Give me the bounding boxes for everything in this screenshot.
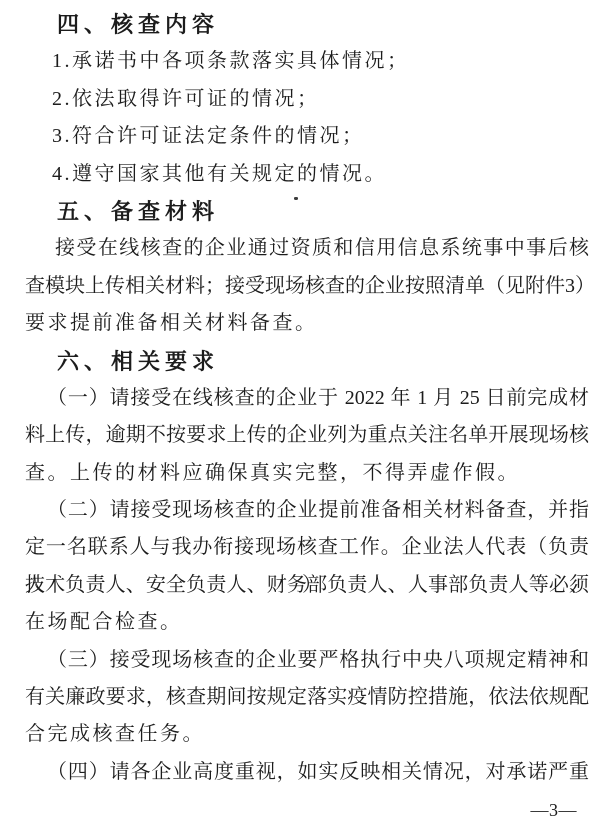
list-item-4: 4.遵守国家其他有关规定的情况。: [25, 156, 589, 193]
document-page: 四、核查内容 1.承诺书中各项条款落实具体情况； 2.依法取得许可证的情况； 3…: [0, 0, 607, 833]
para-req-3-line-3: 合完成核查任务。: [25, 716, 589, 753]
para-req-4-line-1: （四）请各企业高度重视，如实反映相关情况，对承诺严重: [25, 754, 589, 791]
list-item-2: 2.依法取得许可证的情况；: [25, 81, 589, 118]
para-req-3-line-1: （三）接受现场核查的企业要严格执行中央八项规定精神和: [25, 642, 589, 679]
para-req-1-line-2: 料上传，逾期不按要求上传的企业列为重点关注名单开展现场核: [25, 417, 589, 454]
para-materials-line-2: 查模块上传相关材料；接受现场核查的企业按照清单（见附件3）: [25, 268, 589, 305]
heading-section-5: 五、备查材料: [25, 193, 589, 230]
para-req-1-line-1: （一）请接受在线核查的企业于 2022 年 1 月 25 日前完成材: [25, 380, 589, 417]
heading-section-6: 六、相关要求: [25, 343, 589, 380]
para-req-3-line-2: 有关廉政要求，核查期间按规定落实疫情防控措施，依法依规配: [25, 679, 589, 716]
page-number: —3—: [531, 800, 578, 821]
list-item-1: 1.承诺书中各项条款落实具体情况；: [25, 43, 589, 80]
document-body: 四、核查内容 1.承诺书中各项条款落实具体情况； 2.依法取得许可证的情况； 3…: [0, 6, 607, 791]
para-materials-line-1: 接受在线核查的企业通过资质和信用信息系统事中事后核: [25, 230, 589, 267]
list-item-3: 3.符合许可证法定条件的情况；: [25, 118, 589, 155]
scan-artifact-dot: [294, 197, 298, 200]
heading-section-4: 四、核查内容: [25, 6, 589, 43]
para-req-1-line-3: 查。上传的材料应确保真实完整，不得弄虚作假。: [25, 455, 589, 492]
para-materials-line-3: 要求提前准备相关材料备查。: [25, 305, 589, 342]
para-req-2-line-1: （二）请接受现场核查的企业提前准备相关材料备查，并指: [25, 492, 589, 529]
para-req-2-line-3: 技术负责人、安全负责人、财务部负责人、人事部负责人等必须: [25, 567, 589, 604]
para-req-2-line-2: 定一名联系人与我办衔接现场核查工作。企业法人代表（负责人）、: [25, 529, 589, 566]
para-req-2-line-4: 在场配合检查。: [25, 604, 589, 641]
